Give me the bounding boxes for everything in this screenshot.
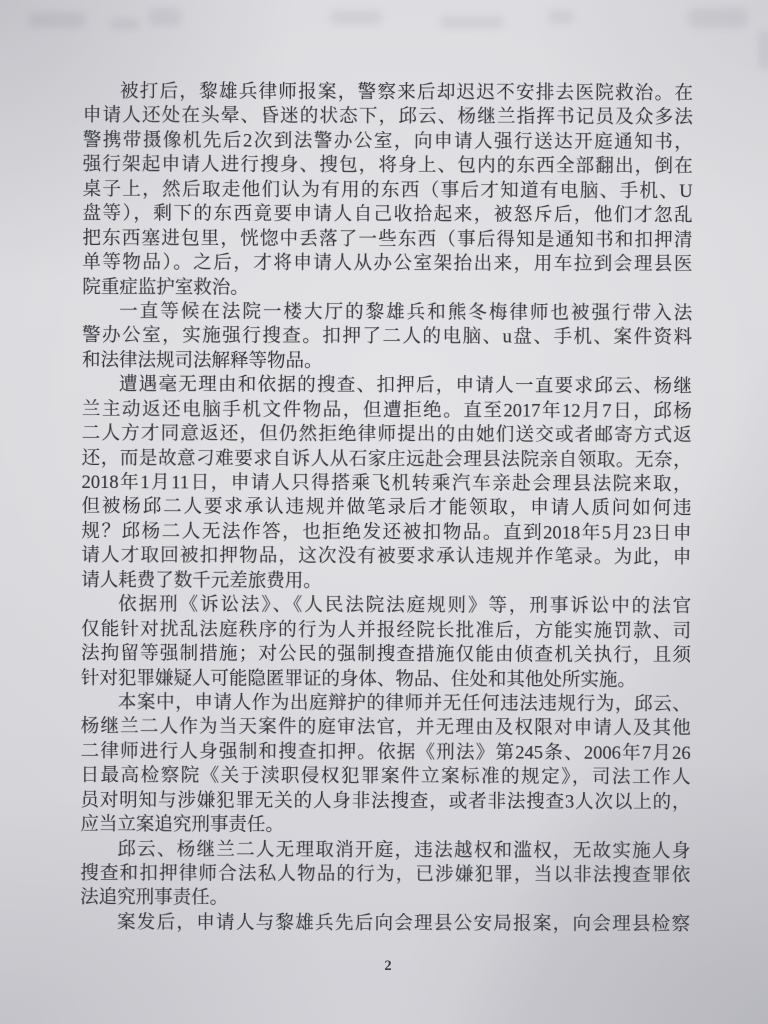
document-line: 员对明知与涉嫌犯罪无关的人身非法搜查，或者非法搜查3人次以上的， bbox=[80, 789, 690, 816]
page-number: 2 bbox=[83, 958, 693, 975]
document-line: 搜查和扣押律师合法私人物品的行为，已涉嫌犯罪，当以非法搜查罪依 bbox=[80, 862, 690, 889]
document-line: 应当立案追究刑事责任。 bbox=[80, 813, 690, 840]
document-line: 和法律法规司法解释等物品。 bbox=[82, 349, 692, 376]
document-line: 针对犯罪嫌疑人可能隐匿罪证的身体、物品、住处和其他处所实施。 bbox=[81, 666, 691, 693]
document-line: 请人才取回被扣押物品，这次没有被要求承认违规并作笔录。为此，申 bbox=[81, 544, 691, 571]
document-line: 把东西塞进包里，恍惚中丢落了一些东西（事后得知是通知书和扣押清 bbox=[82, 227, 692, 254]
document-line: 单等物品）。之后，才将申请人从办公室架抬出来，用车拉到会理县医 bbox=[82, 251, 692, 278]
bleedthrough-mark bbox=[28, 12, 86, 28]
bleedthrough-mark bbox=[148, 8, 182, 26]
document-line: 盘等），剩下的东西竟要申请人自己收拾起来，被怒斥后，他们才忽乱 bbox=[82, 202, 692, 229]
document-line: 邱云、杨继兰二人无理取消开庭，违法越权和滥权，无故实施人身 bbox=[80, 837, 690, 864]
document-line: 还，而是故意刁难要求自诉人从石家庄远赴会理县法院亲自领取。无奈， bbox=[82, 446, 692, 473]
document-line: 强行架起申请人进行搜身、搜包，将身上、包内的东西全部翻出，倒在 bbox=[83, 153, 693, 180]
document-line: 规？邱杨二人无法作答，也拒绝发还被扣物品。直到2018年5月23日申 bbox=[81, 520, 691, 547]
document-line: 请人耗费了数千元差旅费用。 bbox=[81, 569, 691, 596]
document-line: 但被杨邱二人要求承认违规并做笔录后才能领取，申请人质问如何违 bbox=[81, 495, 691, 522]
document-line: 院重症监护室救治。 bbox=[82, 275, 692, 302]
document-line: 仅能针对扰乱法庭秩序的行为人并报经院长批准后，方能实施罚款、司 bbox=[81, 618, 691, 645]
document-line: 2018年1月11日，申请人只得搭乘飞机转乘汽车亲赴会理县法院来取， bbox=[82, 471, 692, 498]
document-line: 二人方才同意返还，但仍然拒绝律师提出的由她们送交或者邮寄方式返 bbox=[82, 422, 692, 449]
document-line: 警办公室，实施强行搜查。扣押了二人的电脑、u盘、手机、案件资料 bbox=[82, 324, 692, 351]
document-line: 杨继兰二人作为当天案件的庭审法官，并无理由及权限对申请人及其他 bbox=[81, 715, 691, 742]
document-line: 案发后，申请人与黎雄兵先后向会理县公安局报案，向会理县检察 bbox=[80, 911, 690, 938]
document-line: 二律师进行人身强制和搜查扣押。依据《刑法》第245条、2006年7月26 bbox=[81, 740, 691, 767]
photographed-document-page: 被打后，黎雄兵律师报案，警察来后却迟迟不安排去医院救治。在申请人还处在头晕、昏迷… bbox=[0, 0, 768, 1024]
document-line: 申请人还处在头晕、昏迷的状态下，邱云、杨继兰指挥书记员及众多法 bbox=[83, 104, 693, 131]
bleedthrough-mark bbox=[758, 30, 768, 70]
document-line: 遭遇毫无理由和依据的搜查、扣押后，申请人一直要求邱云、杨继 bbox=[82, 373, 692, 400]
document-line: 法拘留等强制措施；对公民的强制搜查措施仅能由侦查机关执行，且须 bbox=[81, 642, 691, 669]
bleedthrough-mark bbox=[548, 10, 574, 24]
document-line: 桌子上，然后取走他们认为有用的东西（事后才知道有电脑、手机、U bbox=[83, 178, 693, 205]
document-line: 被打后，黎雄兵律师报案，警察来后却迟迟不安排去医院救治。在 bbox=[83, 80, 693, 107]
bleedthrough-mark bbox=[440, 16, 504, 28]
document-line: 依据刑《诉讼法》、《人民法院法庭规则》等，刑事诉讼中的法官 bbox=[81, 593, 691, 620]
document-text: 被打后，黎雄兵律师报案，警察来后却迟迟不安排去医院救治。在申请人还处在头晕、昏迷… bbox=[80, 80, 693, 937]
document-line: 日最高检察院《关于渎职侵权犯罪案件立案标准的规定》，司法工作人 bbox=[81, 764, 691, 791]
bleedthrough-mark bbox=[110, 18, 140, 30]
document-line: 兰主动返还电脑手机文件物品，但遭拒绝。直至2017年12月7日，邱杨 bbox=[82, 398, 692, 425]
bleedthrough-mark bbox=[330, 10, 382, 24]
document-line: 本案中，申请人作为出庭辩护的律师并无任何违法违规行为，邱云、 bbox=[81, 691, 691, 718]
document-line: 警携带摄像机先后2次到法警办公室，向申请人强行送达开庭通知书， bbox=[83, 129, 693, 156]
bleedthrough-mark bbox=[688, 8, 748, 28]
document-line: 法追究刑事责任。 bbox=[80, 886, 690, 913]
document-line: 一直等候在法院一楼大厅的黎雄兵和熊冬梅律师也被强行带入法 bbox=[82, 300, 692, 327]
